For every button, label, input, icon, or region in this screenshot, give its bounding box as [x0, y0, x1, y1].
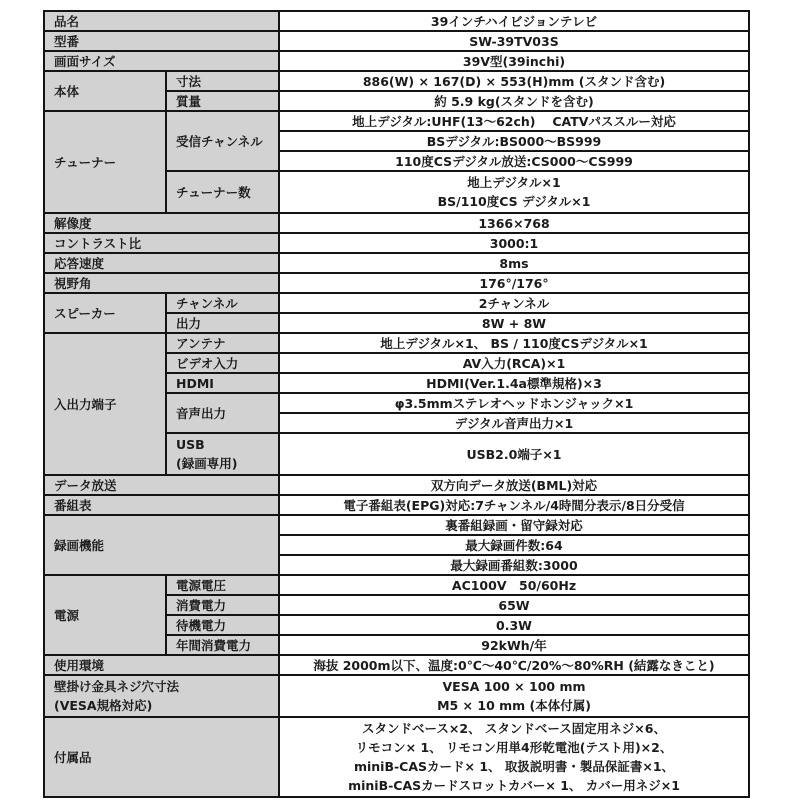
row-vesa: 壁掛け金具ネジ穴寸法 (VESA規格対応) VESA 100 × 100 mm …	[44, 675, 749, 717]
io-video-input-value: AV入力(RCA)×1	[279, 353, 749, 373]
io-audio-output-value1: φ3.5mmステレオヘッドホンジャック×1	[279, 393, 749, 413]
data-broadcast-value: 双方向データ放送(BML)対応	[279, 475, 749, 495]
row-viewing-angle: 視野角 176°/176°	[44, 273, 749, 293]
row-body-dimensions: 本体 寸法 886(W) × 167(D) × 553(H)mm (スタンド含む…	[44, 71, 749, 91]
row-resolution: 解像度 1366×768	[44, 213, 749, 233]
io-antenna-value: 地上デジタル×1、 BS / 110度CSデジタル×1	[279, 333, 749, 353]
speaker-group-label: スピーカー	[44, 293, 166, 333]
recording-label: 録画機能	[44, 515, 279, 575]
vesa-value-line2: M5 × 10 mm (本体付属)	[286, 696, 742, 715]
spec-table: 品名 39インチハイビジョンテレビ 型番 SW-39TV03S 画面サイズ 39…	[43, 10, 750, 798]
row-product-name: 品名 39インチハイビジョンテレビ	[44, 11, 749, 31]
product-name-value: 39インチハイビジョンテレビ	[279, 11, 749, 31]
row-epg: 番組表 電子番組表(EPG)対応:7チャンネル/4時間分表示/8日分受信	[44, 495, 749, 515]
resolution-label: 解像度	[44, 213, 279, 233]
tuner-count-line2: BS/110度CS デジタル×1	[286, 192, 742, 211]
row-model-number: 型番 SW-39TV03S	[44, 31, 749, 51]
row-power-voltage: 電源 電源電圧 AC100V 50/60Hz	[44, 575, 749, 595]
row-tuner-terrestrial: チューナー 受信チャンネル 地上デジタル:UHF(13〜62ch) CATVパス…	[44, 111, 749, 131]
accessories-label: 付属品	[44, 717, 279, 797]
tuner-count-value: 地上デジタル×1 BS/110度CS デジタル×1	[279, 171, 749, 213]
body-group-label: 本体	[44, 71, 166, 111]
row-response-time: 応答速度 8ms	[44, 253, 749, 273]
vesa-label-line1: 壁掛け金具ネジ穴寸法	[54, 677, 272, 696]
tuner-bs-value: BSデジタル:BS000〜BS999	[279, 131, 749, 151]
contrast-ratio-value: 3000:1	[279, 233, 749, 253]
resolution-value: 1366×768	[279, 213, 749, 233]
power-standby-value: 0.3W	[279, 615, 749, 635]
power-group-label: 電源	[44, 575, 166, 655]
body-weight-value: 約 5.9 kg(スタンドを含む)	[279, 91, 749, 111]
io-usb-label-line1: USB	[176, 435, 272, 454]
power-voltage-label: 電源電圧	[166, 575, 279, 595]
viewing-angle-label: 視野角	[44, 273, 279, 293]
tuner-count-label: チューナー数	[166, 171, 279, 213]
power-annual-value: 92kWh/年	[279, 635, 749, 655]
model-number-value: SW-39TV03S	[279, 31, 749, 51]
io-usb-label: USB (録画専用)	[166, 433, 279, 475]
row-screen-size: 画面サイズ 39V型(39inchi)	[44, 51, 749, 71]
row-accessories: 付属品 スタンドベース×2、 スタンドベース固定用ネジ×6、 リモコン× 1、 …	[44, 717, 749, 797]
epg-value: 電子番組表(EPG)対応:7チャンネル/4時間分表示/8日分受信	[279, 495, 749, 515]
row-recording-1: 録画機能 裏番組録画・留守録対応	[44, 515, 749, 535]
body-weight-label: 質量	[166, 91, 279, 111]
row-speaker-channel: スピーカー チャンネル 2チャンネル	[44, 293, 749, 313]
row-contrast-ratio: コントラスト比 3000:1	[44, 233, 749, 253]
tuner-group-label: チューナー	[44, 111, 166, 213]
body-dimensions-label: 寸法	[166, 71, 279, 91]
power-standby-label: 待機電力	[166, 615, 279, 635]
speaker-output-value: 8W + 8W	[279, 313, 749, 333]
recording-value1: 裏番組録画・留守録対応	[279, 515, 749, 535]
vesa-value: VESA 100 × 100 mm M5 × 10 mm (本体付属)	[279, 675, 749, 717]
io-group-label: 入出力端子	[44, 333, 166, 475]
speaker-channel-label: チャンネル	[166, 293, 279, 313]
io-audio-output-value2: デジタル音声出力×1	[279, 413, 749, 433]
io-usb-value: USB2.0端子×1	[279, 433, 749, 475]
accessories-line2: リモコン× 1、 リモコン用単4形乾電池(テスト用)×2、	[286, 738, 742, 757]
vesa-label-line2: (VESA規格対応)	[54, 696, 272, 715]
io-video-input-label: ビデオ入力	[166, 353, 279, 373]
accessories-value: スタンドベース×2、 スタンドベース固定用ネジ×6、 リモコン× 1、 リモコン…	[279, 717, 749, 797]
tuner-count-line1: 地上デジタル×1	[286, 173, 742, 192]
accessories-line3: miniB-CASカード× 1、 取扱説明書・製品保証書×1、	[286, 757, 742, 776]
io-hdmi-label: HDMI	[166, 373, 279, 393]
response-time-label: 応答速度	[44, 253, 279, 273]
tuner-terrestrial-value: 地上デジタル:UHF(13〜62ch) CATVパススルー対応	[279, 111, 749, 131]
viewing-angle-value: 176°/176°	[279, 273, 749, 293]
tuner-cs-value: 110度CSデジタル放送:CS000〜CS999	[279, 151, 749, 171]
io-antenna-label: アンテナ	[166, 333, 279, 353]
power-annual-label: 年間消費電力	[166, 635, 279, 655]
screen-size-value: 39V型(39inchi)	[279, 51, 749, 71]
response-time-value: 8ms	[279, 253, 749, 273]
environment-value: 海抜 2000m以下、温度:0℃〜40℃/20%〜80%RH (結露なきこと)	[279, 655, 749, 675]
row-environment: 使用環境 海抜 2000m以下、温度:0℃〜40℃/20%〜80%RH (結露な…	[44, 655, 749, 675]
power-consumption-label: 消費電力	[166, 595, 279, 615]
vesa-value-line1: VESA 100 × 100 mm	[286, 677, 742, 696]
io-usb-label-line2: (録画専用)	[176, 454, 272, 473]
model-number-label: 型番	[44, 31, 279, 51]
recording-value2: 最大録画件数:64	[279, 535, 749, 555]
io-audio-output-label: 音声出力	[166, 393, 279, 433]
tuner-reception-label: 受信チャンネル	[166, 111, 279, 171]
contrast-ratio-label: コントラスト比	[44, 233, 279, 253]
io-hdmi-value: HDMI(Ver.1.4a標準規格)×3	[279, 373, 749, 393]
recording-value3: 最大録画番組数:3000	[279, 555, 749, 575]
speaker-output-label: 出力	[166, 313, 279, 333]
product-name-label: 品名	[44, 11, 279, 31]
row-data-broadcast: データ放送 双方向データ放送(BML)対応	[44, 475, 749, 495]
body-dimensions-value: 886(W) × 167(D) × 553(H)mm (スタンド含む)	[279, 71, 749, 91]
power-voltage-value: AC100V 50/60Hz	[279, 575, 749, 595]
screen-size-label: 画面サイズ	[44, 51, 279, 71]
speaker-channel-value: 2チャンネル	[279, 293, 749, 313]
epg-label: 番組表	[44, 495, 279, 515]
spec-sheet: 品名 39インチハイビジョンテレビ 型番 SW-39TV03S 画面サイズ 39…	[0, 0, 800, 800]
data-broadcast-label: データ放送	[44, 475, 279, 495]
power-consumption-value: 65W	[279, 595, 749, 615]
accessories-line4: miniB-CASカードスロットカバー× 1、 カバー用ネジ×1	[286, 776, 742, 795]
environment-label: 使用環境	[44, 655, 279, 675]
row-io-antenna: 入出力端子 アンテナ 地上デジタル×1、 BS / 110度CSデジタル×1	[44, 333, 749, 353]
vesa-label: 壁掛け金具ネジ穴寸法 (VESA規格対応)	[44, 675, 279, 717]
accessories-line1: スタンドベース×2、 スタンドベース固定用ネジ×6、	[286, 719, 742, 738]
